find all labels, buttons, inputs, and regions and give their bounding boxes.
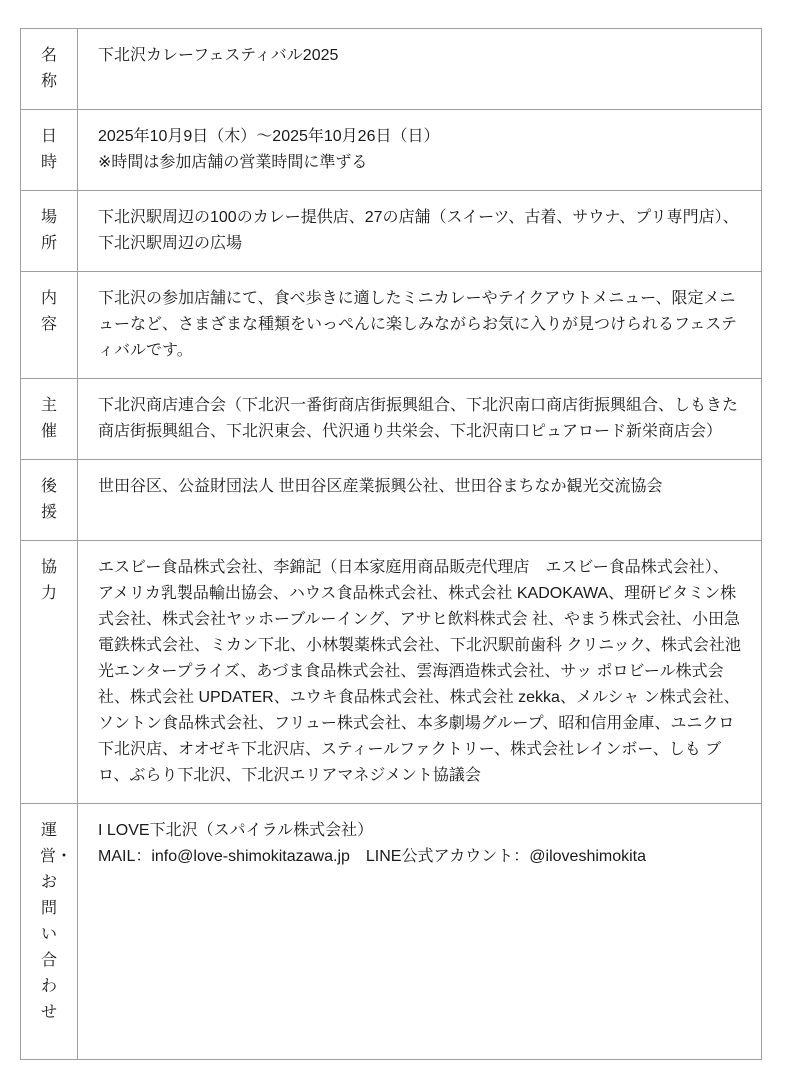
event-date-text: 2025年10月9日（木）～2025年10月26日（日） bbox=[98, 124, 741, 150]
event-organizer-text: 下北沢商店連合会（下北沢一番街商店街振興組合、下北沢南口商店街振興組合、しもきた… bbox=[98, 393, 741, 445]
row-header-cell: 後援 bbox=[21, 460, 78, 540]
table-row-support: 後援 世田谷区、公益財団法人 世田谷区産業振興公社、世田谷まちなか観光交流協会 bbox=[21, 459, 761, 540]
event-description-text: 下北沢の参加店舗にて、食べ歩きに適したミニカレーやテイクアウトメニュー、限定メニ… bbox=[98, 286, 741, 364]
event-cooperation-text: エスビー食品株式会社、李錦記（日本家庭用商品販売代理店 エスビー食品株式会社）、… bbox=[98, 555, 741, 789]
row-header-text: 主催 bbox=[40, 393, 58, 445]
table-row-organizer: 主催 下北沢商店連合会（下北沢一番街商店街振興組合、下北沢南口商店街振興組合、し… bbox=[21, 378, 761, 459]
row-value-cell: 下北沢の参加店舗にて、食べ歩きに適したミニカレーやテイクアウトメニュー、限定メニ… bbox=[78, 272, 761, 378]
table-row-datetime: 日時 2025年10月9日（木）～2025年10月26日（日） ※時間は参加店舗… bbox=[21, 109, 761, 190]
row-header-text: 後援 bbox=[40, 474, 58, 526]
row-header-cell: 主催 bbox=[21, 379, 78, 459]
event-place-text: 下北沢駅周辺の100のカレー提供店、27の店舗（スイーツ、古着、サウナ、プリ専門… bbox=[98, 205, 741, 257]
row-header-cell: 内容 bbox=[21, 272, 78, 378]
row-value-cell: エスビー食品株式会社、李錦記（日本家庭用商品販売代理店 エスビー食品株式会社）、… bbox=[78, 541, 761, 803]
row-value-cell: 下北沢駅周辺の100のカレー提供店、27の店舗（スイーツ、古着、サウナ、プリ専門… bbox=[78, 191, 761, 271]
row-value-cell: 下北沢カレーフェスティバル2025 bbox=[78, 29, 761, 109]
table-row-place: 場所 下北沢駅周辺の100のカレー提供店、27の店舗（スイーツ、古着、サウナ、プ… bbox=[21, 190, 761, 271]
row-header-text: 日時 bbox=[40, 124, 58, 176]
row-value-cell: 下北沢商店連合会（下北沢一番街商店街振興組合、下北沢南口商店街振興組合、しもきた… bbox=[78, 379, 761, 459]
row-header-cell: 場所 bbox=[21, 191, 78, 271]
row-header-text: 名称 bbox=[40, 43, 58, 95]
row-header-cell: 運営・お問い合わせ bbox=[21, 804, 78, 1059]
event-name-text: 下北沢カレーフェスティバル2025 bbox=[98, 43, 741, 69]
event-contact-text: MAIL：info@love-shimokitazawa.jp LINE公式アカ… bbox=[98, 844, 741, 870]
row-header-text: 内容 bbox=[40, 286, 58, 338]
row-value-cell: 世田谷区、公益財団法人 世田谷区産業振興公社、世田谷まちなか観光交流協会 bbox=[78, 460, 761, 540]
table-row-name: 名称 下北沢カレーフェスティバル2025 bbox=[21, 29, 761, 109]
row-header-text: 協力 bbox=[40, 555, 58, 607]
row-value-cell: 2025年10月9日（木）～2025年10月26日（日） ※時間は参加店舗の営業… bbox=[78, 110, 761, 190]
table-row-description: 内容 下北沢の参加店舗にて、食べ歩きに適したミニカレーやテイクアウトメニュー、限… bbox=[21, 271, 761, 378]
row-header-text: 場所 bbox=[40, 205, 58, 257]
row-header-text: 運営・お問い合わせ bbox=[40, 818, 58, 1026]
table-row-cooperation: 協力 エスビー食品株式会社、李錦記（日本家庭用商品販売代理店 エスビー食品株式会… bbox=[21, 540, 761, 803]
event-date-note-text: ※時間は参加店舗の営業時間に準ずる bbox=[98, 150, 741, 176]
table-row-contact: 運営・お問い合わせ I LOVE下北沢（スパイラル株式会社） MAIL：info… bbox=[21, 803, 761, 1059]
row-header-cell: 名称 bbox=[21, 29, 78, 109]
row-header-cell: 日時 bbox=[21, 110, 78, 190]
event-operator-text: I LOVE下北沢（スパイラル株式会社） bbox=[98, 818, 741, 844]
row-header-cell: 協力 bbox=[21, 541, 78, 803]
row-value-cell: I LOVE下北沢（スパイラル株式会社） MAIL：info@love-shim… bbox=[78, 804, 761, 1059]
event-summary-table: 名称 下北沢カレーフェスティバル2025 日時 2025年10月9日（木）～20… bbox=[20, 28, 762, 1060]
event-support-text: 世田谷区、公益財団法人 世田谷区産業振興公社、世田谷まちなか観光交流協会 bbox=[98, 474, 741, 500]
